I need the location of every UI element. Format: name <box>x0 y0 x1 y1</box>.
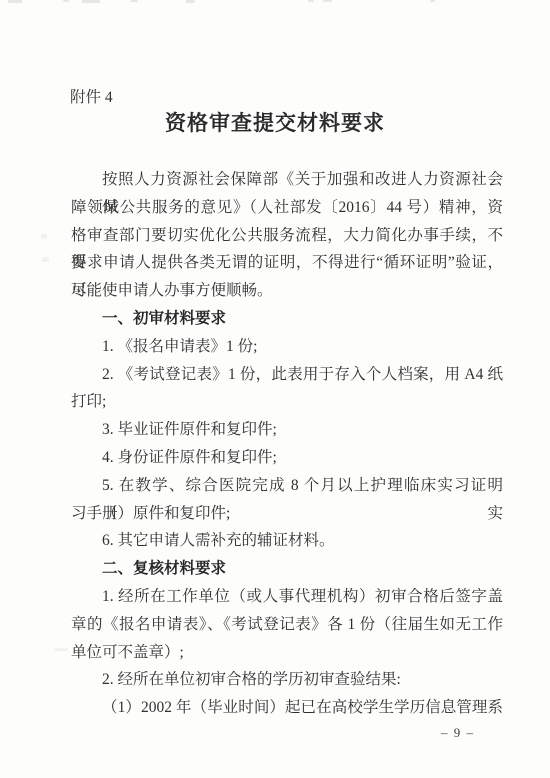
scan-artifact <box>308 0 314 2</box>
scan-artifact <box>323 0 332 2</box>
document-line: 打印; <box>71 388 503 416</box>
scan-smudge <box>42 257 49 262</box>
document-line: 单位可不盖章）; <box>71 639 503 667</box>
document-line: 6. 其它申请人需补充的辅证材料。 <box>71 527 503 555</box>
document-line: 1. 经所在工作单位（或人事代理机构）初审合格后签字盖 <box>71 583 503 611</box>
document-line: 3. 毕业证件原件和复印件; <box>71 416 503 444</box>
document-line: 可能使申请人办事方便顺畅。 <box>71 277 503 305</box>
document-line: 4. 身份证件原件和复印件; <box>71 444 503 472</box>
attachment-label: 附件 4 <box>70 85 113 107</box>
document-body: 按照人力资源社会保障部《关于加强和改进人力资源社会保障领域公共服务的意见》（人社… <box>71 166 503 722</box>
document-line: 1. 《报名申请表》1 份; <box>71 333 503 361</box>
scan-artifact <box>430 0 435 2</box>
document-line: （1）2002 年（毕业时间）起已在高校学生学历信息管理系 <box>71 694 503 722</box>
scanned-document-page: 附件 4 资格审查提交材料要求 按照人力资源社会保障部《关于加强和改进人力资源社… <box>0 0 550 778</box>
document-line: 格审查部门要切实优化公共服务流程，大力简化办事手续，不得 <box>71 222 503 250</box>
scan-artifact <box>63 0 69 2</box>
scan-smudge <box>41 234 47 239</box>
scan-artifact <box>130 0 138 2</box>
document-line: 要求申请人提供各类无谓的证明，不得进行“循环证明”验证，尽 <box>71 249 503 277</box>
document-line: 2. 《考试登记表》1 份，此表用于存入个人档案，用 A4 纸 <box>71 361 503 389</box>
document-line: 障领域公共服务的意见》（人社部发〔2016〕44 号）精神，资 <box>71 194 503 222</box>
scan-smudge <box>54 648 68 651</box>
scan-artifact <box>186 0 195 3</box>
document-line: 按照人力资源社会保障部《关于加强和改进人力资源社会保 <box>71 166 503 194</box>
document-line: 2. 经所在单位初审合格的学历初审查验结果: <box>71 666 503 694</box>
scan-artifact <box>82 0 100 3</box>
section-heading: 一、初审材料要求 <box>71 305 503 333</box>
page-number: – 9 – <box>441 725 475 741</box>
scan-artifact <box>8 0 22 3</box>
section-heading: 二、复核材料要求 <box>71 555 503 583</box>
document-title: 资格审查提交材料要求 <box>0 107 550 137</box>
document-line: 5. 在教学、综合医院完成 8 个月以上护理临床实习证明（实 <box>71 472 503 500</box>
document-line: 章的《报名申请表》、《考试登记表》各 1 份（往届生如无工作 <box>71 611 503 639</box>
